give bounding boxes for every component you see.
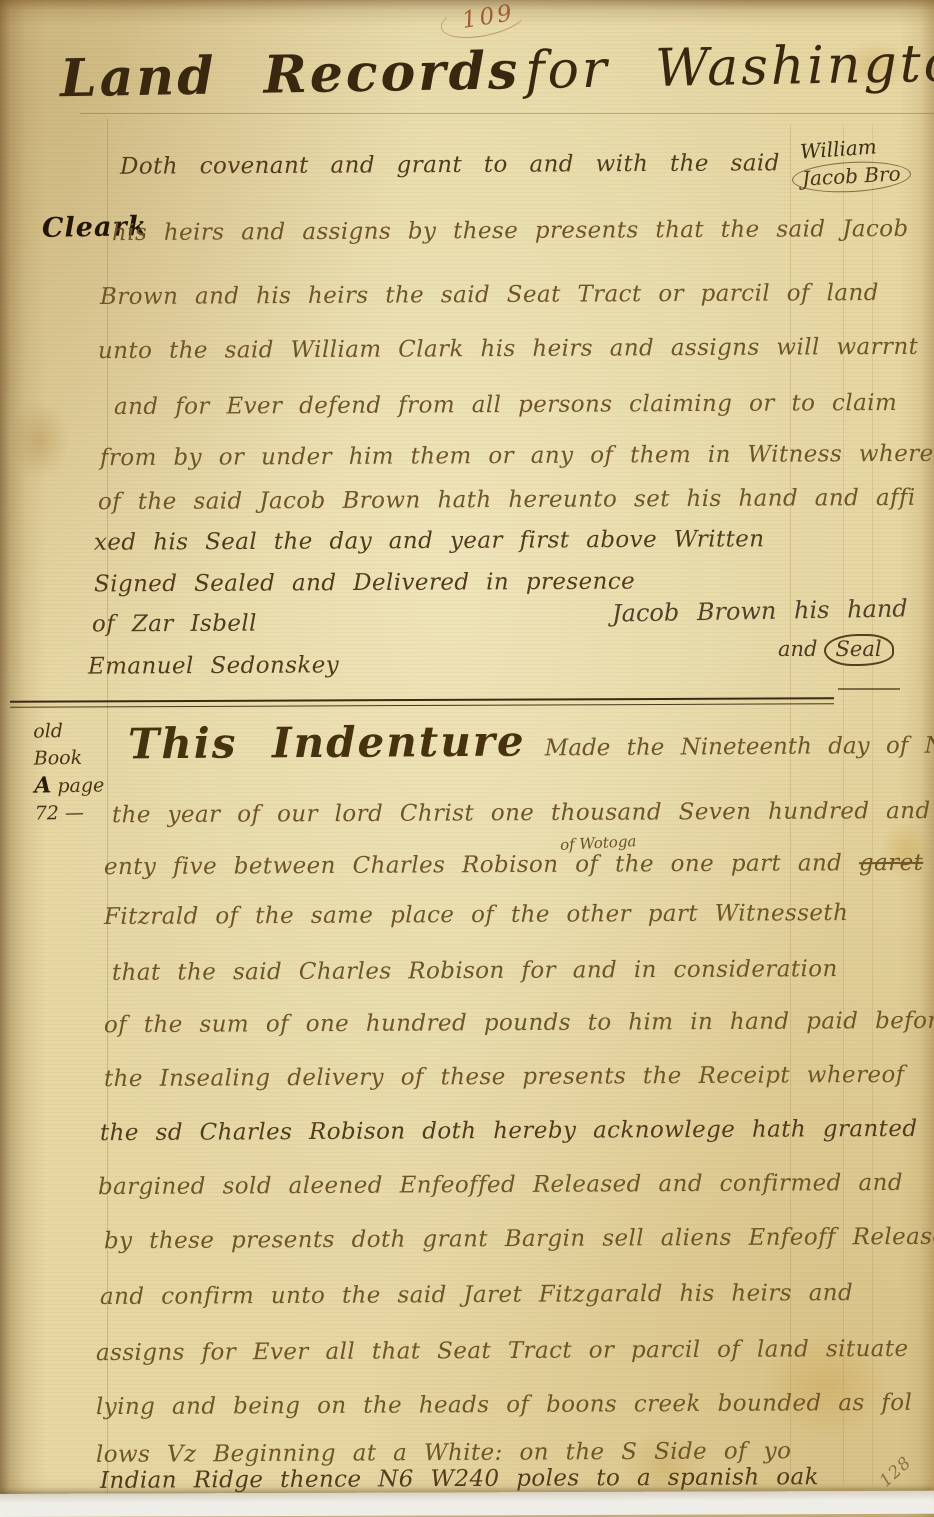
seal-underline <box>838 688 900 690</box>
manuscript-page: 109 Land Records for Washington County 2… <box>0 0 934 1517</box>
margin-note-line: Book <box>34 744 104 772</box>
title-main: Land Records <box>60 40 521 109</box>
manuscript-line: bargined sold aleened Enfeoffed Released… <box>98 1170 903 1200</box>
manuscript-line: and confirm unto the said Jaret Fitzgara… <box>100 1280 853 1310</box>
manuscript-line: Brown and his heirs the said Seat Tract … <box>100 280 879 310</box>
manuscript-line: Fitzrald of the same place of the other … <box>104 900 848 930</box>
seal-mark: Seal <box>824 634 894 666</box>
scanner-edge <box>0 1491 934 1517</box>
manuscript-line: Doth covenant and grant to and with the … <box>120 150 780 179</box>
manuscript-line: unto the said William Clark his heirs an… <box>98 334 918 364</box>
signature-jacob-brown: Jacob Brown his hand <box>612 594 908 627</box>
manuscript-line: the sd Charles Robison doth hereby ackno… <box>100 1116 918 1146</box>
manuscript-line: the year of our lord Christ one thousand… <box>112 798 934 829</box>
title-middle: for Washington <box>525 33 934 101</box>
indenture-title: This Indenture <box>128 717 526 769</box>
correction-circled-jacob-bro: Jacob Bro <box>791 159 911 195</box>
witness-line: of Zar Isbell <box>92 611 257 638</box>
manuscript-line: lows Vz Beginning at a White: on the S S… <box>96 1438 792 1468</box>
manuscript-line: enty five between Charles Robison of the… <box>104 850 923 880</box>
manuscript-line: his heirs and assigns by these presents … <box>112 216 909 246</box>
manuscript-line: the Insealing delivery of these presents… <box>104 1062 905 1092</box>
margin-note-old-book: old Book A page 72 — <box>33 717 105 827</box>
seal-annotation: andSeal <box>778 634 894 666</box>
manuscript-line: xed his Seal the day and year first abov… <box>94 526 765 556</box>
margin-note-line: A page <box>34 771 104 800</box>
manuscript-line: lying and being on the heads of boons cr… <box>96 1390 912 1420</box>
margin-note-line: old <box>33 717 103 745</box>
margin-note-line: 72 — <box>34 799 104 827</box>
manuscript-line: from by or under him them or any of them… <box>100 441 934 471</box>
seal-and-word: and <box>778 637 818 661</box>
witness-line: Emanuel Sedonskey <box>88 652 339 679</box>
manuscript-line: Indian Ridge thence N6 W240 poles to a s… <box>100 1464 819 1494</box>
indenture-opening: This Indenture Made the Nineteenth day o… <box>128 713 934 769</box>
manuscript-line: Signed Sealed and Delivered in presence <box>94 569 635 598</box>
header-rule <box>80 113 934 114</box>
manuscript-line: of the sum of one hundred pounds to him … <box>104 1008 934 1038</box>
manuscript-line: assigns for Ever all that Seat Tract or … <box>96 1336 909 1366</box>
manuscript-line: and for Ever defend from all persons cla… <box>114 390 897 420</box>
indenture-opening-rest: Made the Nineteenth day of November in <box>545 732 934 762</box>
manuscript-line: of the said Jacob Brown hath hereunto se… <box>98 485 916 515</box>
record-divider-rule <box>10 697 834 708</box>
manuscript-line: by these presents doth grant Bargin sell… <box>104 1224 934 1254</box>
manuscript-line: that the said Charles Robison for and in… <box>112 956 838 986</box>
struck-word-garet: garet <box>859 850 923 876</box>
page-title: Land Records for Washington County 29 Ma… <box>60 28 934 110</box>
stain <box>10 400 70 480</box>
corner-page-number: 128 <box>876 1453 916 1492</box>
correction-insert-william: William <box>799 134 877 163</box>
